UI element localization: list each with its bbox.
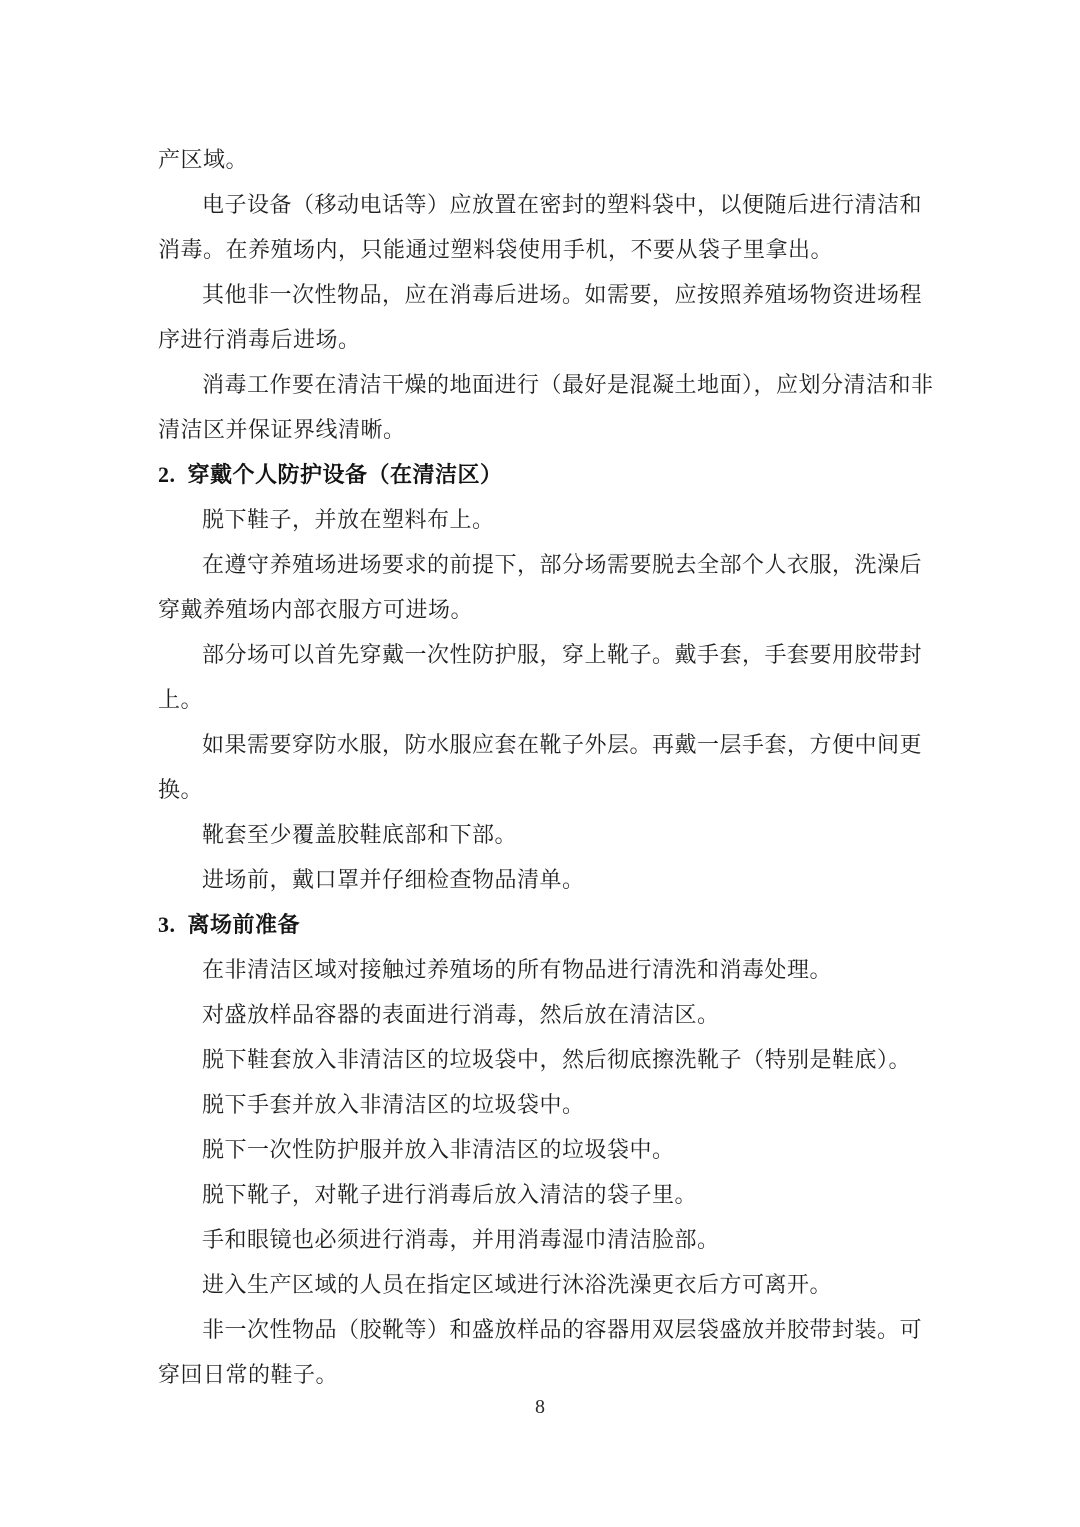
body-line: 消毒。在养殖场内，只能通过塑料袋使用手机，不要从袋子里拿出。 bbox=[158, 227, 910, 272]
body-line: 序进行消毒后进场。 bbox=[158, 317, 910, 362]
page-number: 8 bbox=[0, 1393, 1080, 1421]
body-line: 进入生产区域的人员在指定区域进行沐浴洗澡更衣后方可离开。 bbox=[158, 1262, 910, 1307]
body-line: 在遵守养殖场进场要求的前提下，部分场需要脱去全部个人衣服，洗澡后 bbox=[158, 542, 910, 587]
body-line: 脱下鞋套放入非清洁区的垃圾袋中，然后彻底擦洗靴子（特别是鞋底）。 bbox=[158, 1037, 910, 1082]
body-line: 手和眼镜也必须进行消毒，并用消毒湿巾清洁脸部。 bbox=[158, 1217, 910, 1262]
body-line: 产区域。 bbox=[158, 137, 910, 182]
body-line: 清洁区并保证界线清晰。 bbox=[158, 407, 910, 452]
body-line: 穿回日常的鞋子。 bbox=[158, 1352, 910, 1397]
body-line: 其他非一次性物品，应在消毒后进场。如需要，应按照养殖场物资进场程 bbox=[158, 272, 910, 317]
body-line: 脱下一次性防护服并放入非清洁区的垃圾袋中。 bbox=[158, 1127, 910, 1172]
body-line: 穿戴养殖场内部衣服方可进场。 bbox=[158, 587, 910, 632]
body-line: 如果需要穿防水服，防水服应套在靴子外层。再戴一层手套，方便中间更 bbox=[158, 722, 910, 767]
body-line: 消毒工作要在清洁干燥的地面进行（最好是混凝土地面），应划分清洁和非 bbox=[158, 362, 910, 407]
body-line: 脱下靴子，对靴子进行消毒后放入清洁的袋子里。 bbox=[158, 1172, 910, 1217]
section-heading: 2. 穿戴个人防护设备（在清洁区） bbox=[158, 452, 910, 497]
body-line: 非一次性物品（胶靴等）和盛放样品的容器用双层袋盛放并胶带封装。可 bbox=[158, 1307, 910, 1352]
body-line: 在非清洁区域对接触过养殖场的所有物品进行清洗和消毒处理。 bbox=[158, 947, 910, 992]
body-line: 电子设备（移动电话等）应放置在密封的塑料袋中，以便随后进行清洁和 bbox=[158, 182, 910, 227]
text-block: 产区域。电子设备（移动电话等）应放置在密封的塑料袋中，以便随后进行清洁和消毒。在… bbox=[158, 137, 910, 1397]
body-line: 上。 bbox=[158, 677, 910, 722]
body-line: 换。 bbox=[158, 767, 910, 812]
body-line: 脱下手套并放入非清洁区的垃圾袋中。 bbox=[158, 1082, 910, 1127]
body-line: 靴套至少覆盖胶鞋底部和下部。 bbox=[158, 812, 910, 857]
section-heading: 3. 离场前准备 bbox=[158, 902, 910, 947]
body-line: 脱下鞋子，并放在塑料布上。 bbox=[158, 497, 910, 542]
body-line: 部分场可以首先穿戴一次性防护服，穿上靴子。戴手套，手套要用胶带封 bbox=[158, 632, 910, 677]
body-line: 进场前，戴口罩并仔细检查物品清单。 bbox=[158, 857, 910, 902]
body-line: 对盛放样品容器的表面进行消毒，然后放在清洁区。 bbox=[158, 992, 910, 1037]
document-page: 产区域。电子设备（移动电话等）应放置在密封的塑料袋中，以便随后进行清洁和消毒。在… bbox=[0, 0, 1080, 1527]
